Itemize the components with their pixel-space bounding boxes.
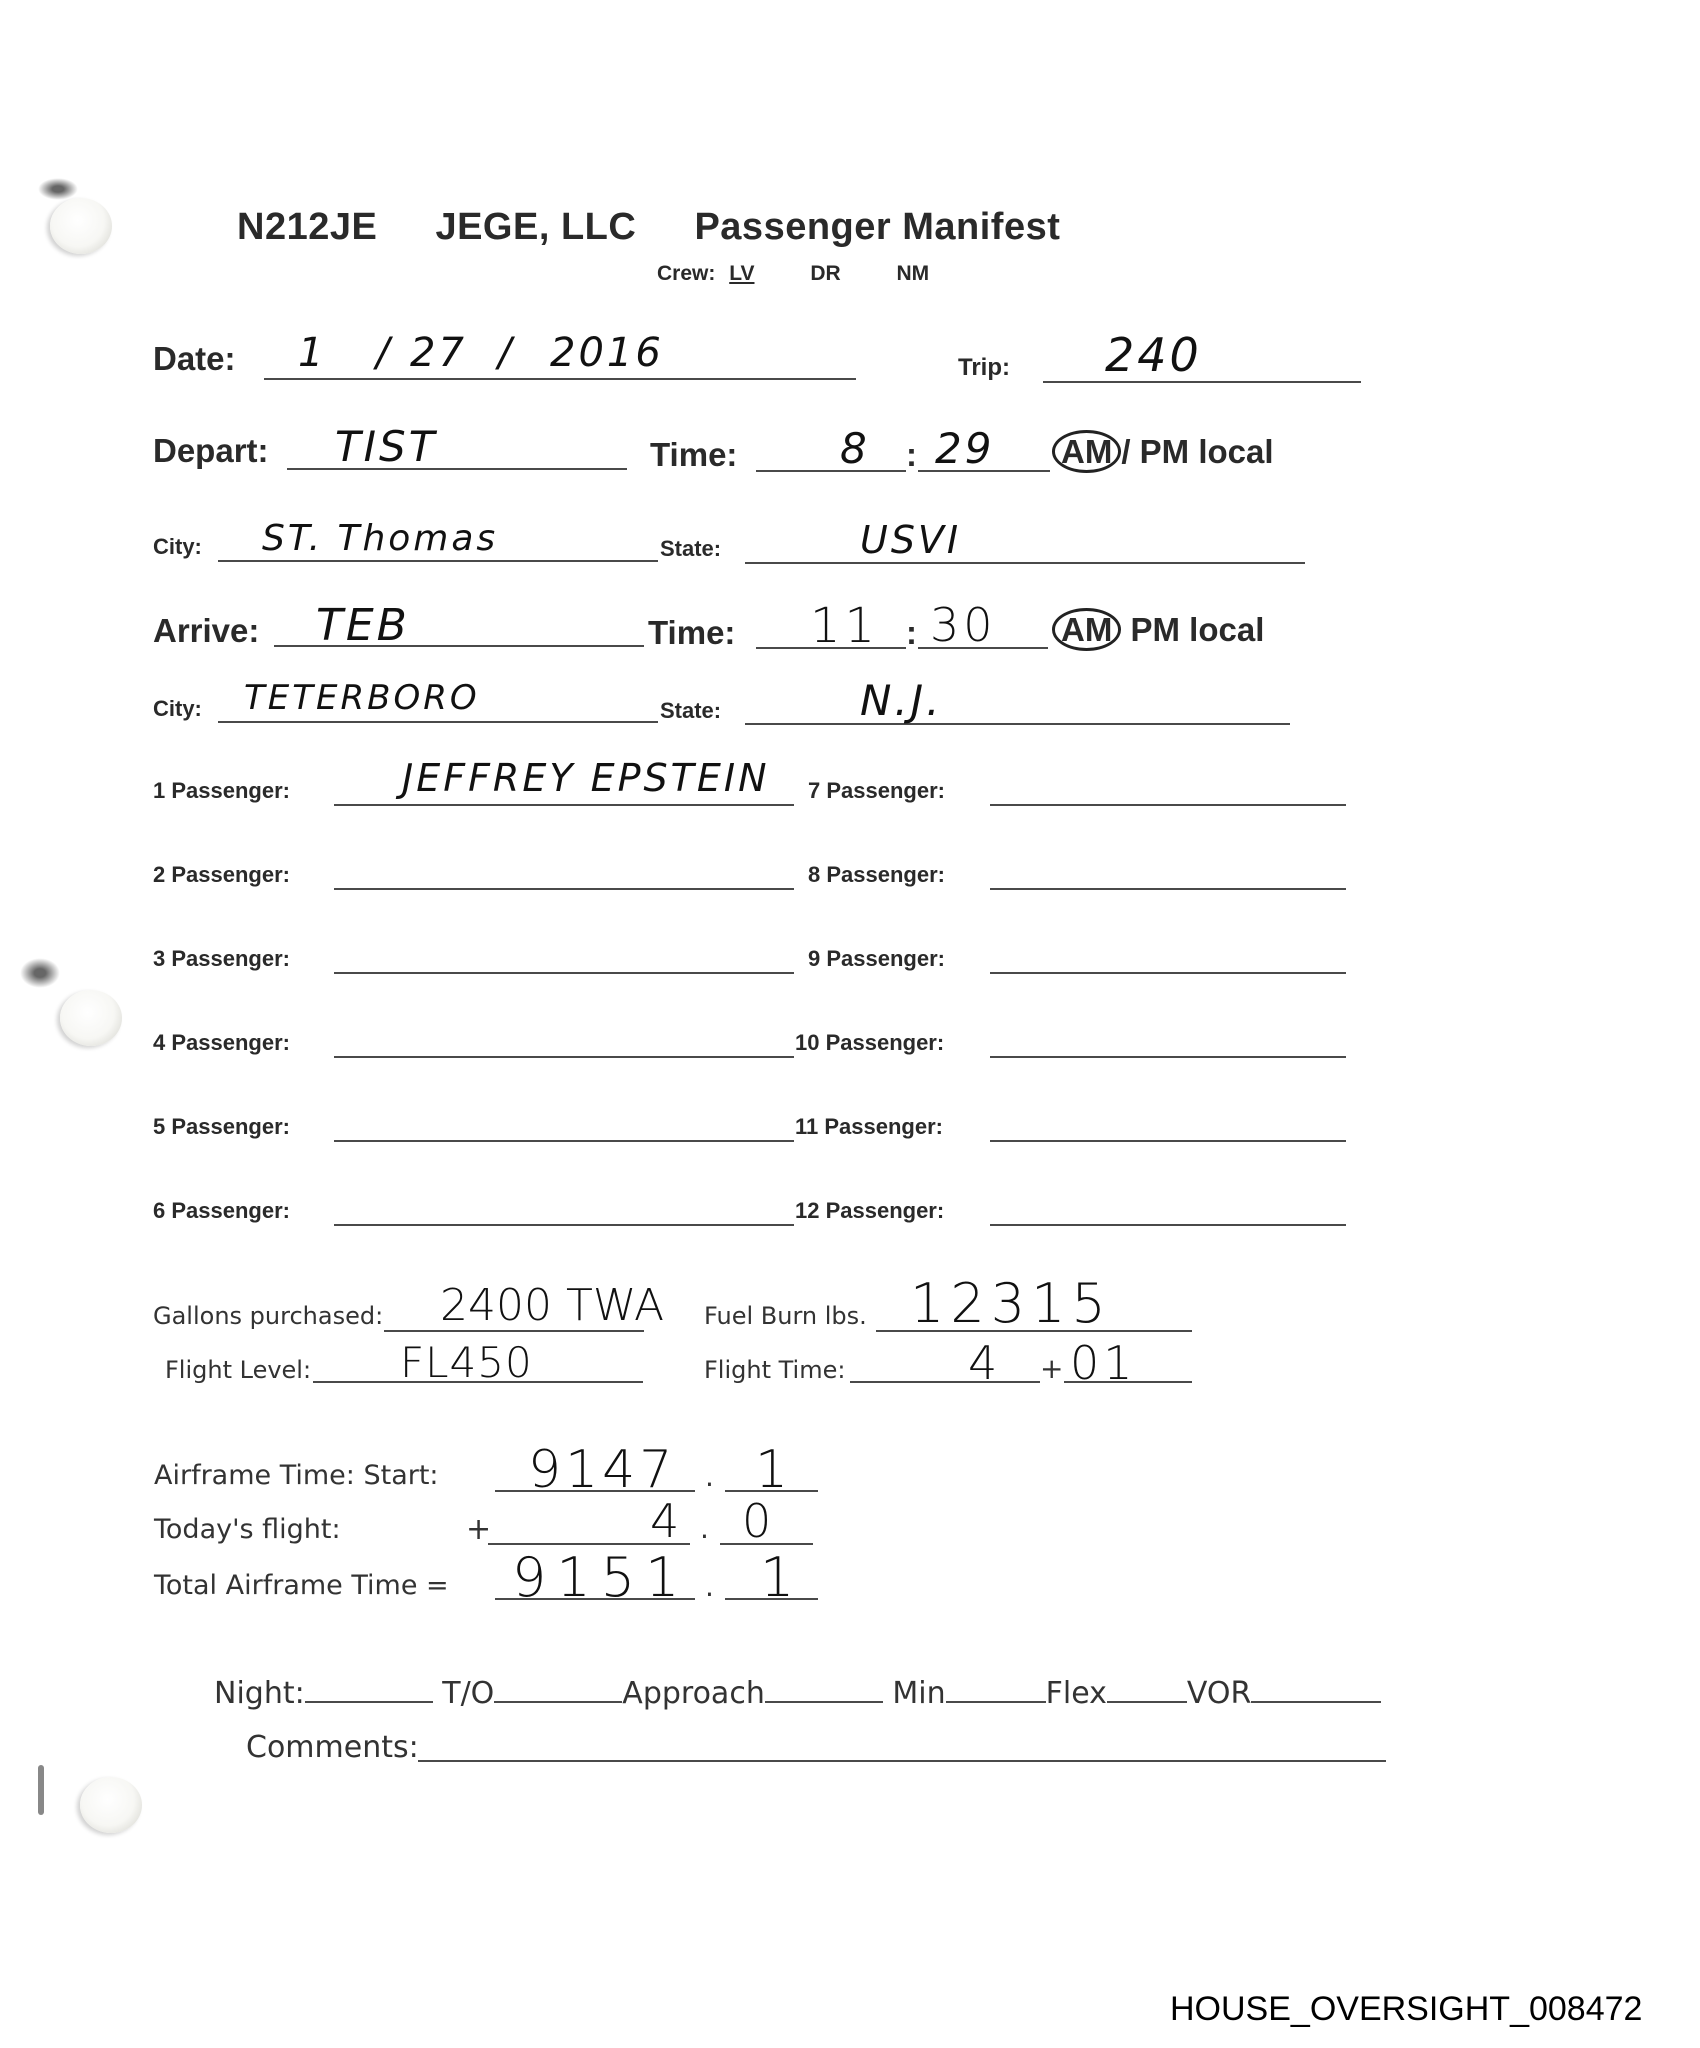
today-flight-plus: + [466,1512,491,1547]
passenger-field-4[interactable] [334,1056,794,1058]
passenger-label: 1 Passenger: [153,778,290,804]
arrive-city-label: City: [153,696,202,722]
depart-state[interactable]: USVI [860,518,961,562]
passenger-field-8[interactable] [990,888,1346,890]
date-year[interactable]: 2016 [550,330,664,376]
log-row: Night: T/OApproach MinFlexVOR [214,1676,1381,1711]
arrive-state[interactable]: N.J. [860,676,943,725]
flight-level-label: Flight Level: [165,1356,311,1384]
flex-label: Flex [1046,1676,1107,1711]
depart-time-label: Time: [650,436,737,474]
passenger-label: 12 Passenger: [795,1198,944,1224]
depart-minute[interactable]: 29 [935,424,994,473]
flight-time-separator: + [1040,1352,1063,1385]
punch-hole-middle [10,948,120,1048]
total-airframe-tenth[interactable]: 1 [760,1546,798,1609]
passenger-label: 10 Passenger: [795,1030,944,1056]
depart-pm-local[interactable]: / PM local [1121,433,1273,470]
depart-city[interactable]: ST. Thomas [262,518,498,559]
approach-field[interactable] [765,1701,883,1703]
passenger-field-2[interactable] [334,888,794,890]
date-day[interactable]: 27 [410,330,467,376]
depart-city-line [218,560,658,562]
passenger-label: 4 Passenger: [153,1030,290,1056]
arrive-label: Arrive: [153,612,259,650]
arrive-city[interactable]: TETERBORO [244,678,480,718]
gallons-value[interactable]: 2400 TWA [440,1280,664,1331]
to-label: T/O [442,1676,494,1711]
arrive-minute[interactable]: 30 [930,598,997,652]
min-label: Min [892,1676,945,1711]
today-flight-tenth[interactable]: 0 [742,1494,775,1548]
passenger-field-1[interactable] [334,804,794,806]
depart-airport[interactable]: TIST [335,422,437,471]
depart-period: AM/ PM local [1052,430,1274,473]
crew-row: Crew: LV DR NM [657,262,929,286]
flight-time-minutes[interactable]: 01 [1070,1336,1137,1390]
arrive-state-label: State: [660,698,721,724]
arrive-pm-local[interactable]: PM local [1131,611,1265,648]
flight-time-hours-line [850,1381,1040,1383]
decimal-point: . [705,1460,714,1493]
flight-time-label: Flight Time: [704,1356,845,1384]
night-label: Night: [214,1676,305,1711]
passenger-label: 11 Passenger: [795,1114,943,1140]
total-airframe-label: Total Airframe Time = [154,1570,449,1601]
vor-label: VOR [1187,1676,1251,1711]
vor-field[interactable] [1251,1701,1381,1703]
tail-number: N212JE [237,206,377,248]
trip-line [1043,381,1361,383]
form-header: N212JE JEGE, LLC Passenger Manifest [237,206,1060,249]
depart-hour-line [756,470,906,472]
page-title: Passenger Manifest [694,206,1060,248]
passenger-label: 7 Passenger: [808,778,945,804]
flight-time-hours[interactable]: 4 [968,1336,1001,1390]
arrive-city-line [218,721,658,723]
crew-nm[interactable]: NM [897,262,930,285]
depart-am-option[interactable]: AM [1052,430,1121,473]
passenger-label: 6 Passenger: [153,1198,290,1224]
arrive-time-label: Time: [648,614,735,652]
passenger-field-9[interactable] [990,972,1346,974]
decimal-point: . [700,1512,709,1545]
comments-label: Comments: [246,1730,419,1765]
arrive-hour[interactable]: 11 [810,598,879,654]
punch-hole-top [20,168,120,258]
today-flight-whole[interactable]: 4 [650,1494,683,1548]
trip-label: Trip: [958,354,1010,382]
crew-dr[interactable]: DR [810,262,840,285]
date-label: Date: [153,340,236,378]
decimal-point: . [705,1570,714,1603]
passenger-label: 2 Passenger: [153,862,290,888]
passenger-field-7[interactable] [990,804,1346,806]
today-flight-label: Today's flight: [154,1514,341,1545]
fuel-burn-label: Fuel Burn lbs. [704,1302,867,1330]
arrive-state-line [745,723,1290,725]
passenger-field-6[interactable] [334,1224,794,1226]
total-airframe-whole[interactable]: 9151 [512,1546,689,1609]
to-field[interactable] [494,1701,622,1703]
trip-number[interactable]: 240 [1105,328,1202,382]
depart-state-label: State: [660,536,721,562]
depart-city-label: City: [153,534,202,560]
passenger-field-3[interactable] [334,972,794,974]
company-name: JEGE, LLC [435,206,636,248]
punch-hole-bottom [30,1745,140,1835]
approach-label: Approach [622,1676,765,1711]
arrive-airport[interactable]: TEB [316,600,410,651]
passenger-label: 9 Passenger: [808,946,945,972]
flex-field[interactable] [1107,1701,1187,1703]
comments-field[interactable] [418,1760,1386,1762]
airframe-start-tenth[interactable]: 1 [755,1440,792,1500]
crew-lv[interactable]: LV [729,262,754,285]
depart-hour[interactable]: 8 [840,424,870,473]
depart-state-line [745,562,1305,564]
flight-level-value[interactable]: FL450 [400,1338,533,1387]
passenger-label: 5 Passenger: [153,1114,290,1140]
min-field[interactable] [946,1701,1046,1703]
passenger-field-5[interactable] [334,1140,794,1142]
date-month[interactable]: 1 [298,330,326,376]
fuel-burn-value[interactable]: 12315 [910,1272,1112,1335]
airframe-start-label: Airframe Time: Start: [154,1460,439,1491]
passenger-field-12[interactable] [990,1224,1346,1226]
arrive-period: AM PM local [1052,608,1264,651]
crew-label: Crew: [657,262,715,285]
passenger-name[interactable]: JEFFREY EPSTEIN [402,756,770,800]
bates-number: HOUSE_OVERSIGHT_008472 [1170,1990,1642,2029]
date-line [264,378,856,380]
airframe-start-whole[interactable]: 9147 [528,1440,676,1500]
passenger-label: 8 Passenger: [808,862,945,888]
arrive-am-option[interactable]: AM [1052,608,1121,651]
passenger-field-11[interactable] [990,1140,1346,1142]
gallons-label: Gallons purchased: [153,1302,383,1330]
night-field[interactable] [305,1701,433,1703]
passenger-field-10[interactable] [990,1056,1346,1058]
depart-label: Depart: [153,432,269,470]
passenger-label: 3 Passenger: [153,946,290,972]
